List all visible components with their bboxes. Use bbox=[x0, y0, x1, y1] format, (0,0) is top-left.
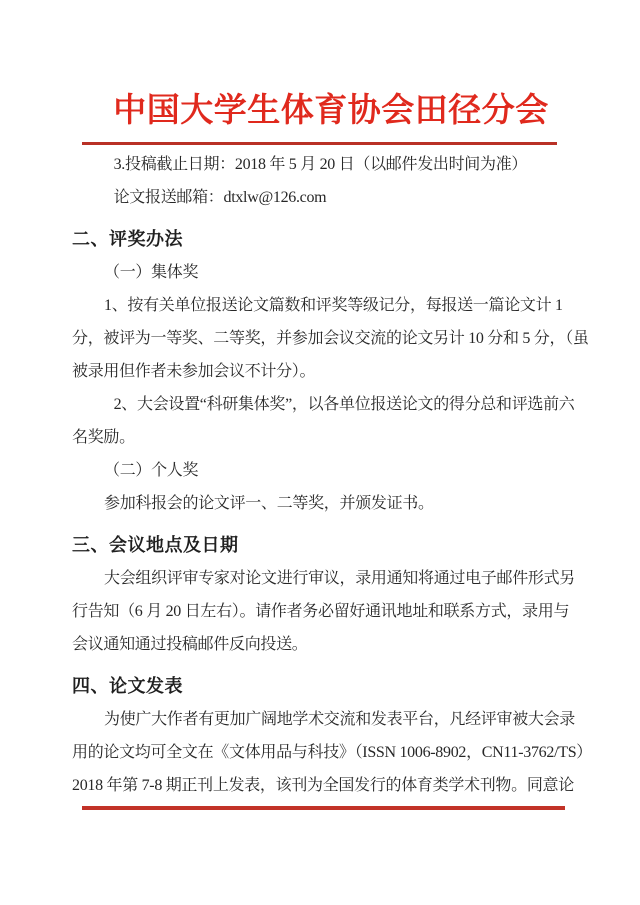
paragraph-line: 为使广大作者有更加广阔地学术交流和发表平台，凡经评审被大会录 bbox=[72, 703, 590, 736]
paragraph-line: 行告知（6 月 20 日左右）。请作者务必留好通讯地址和联系方式，录用与 bbox=[72, 595, 590, 628]
paragraph-line: 大会组织评审专家对论文进行审议，录用通知将通过电子邮件形式另 bbox=[72, 562, 590, 595]
document-page: 中国大学生体育协会田径分会 3.投稿截止日期：2018 年 5 月 20 日（以… bbox=[0, 0, 640, 905]
deadline-line: 3.投稿截止日期：2018 年 5 月 20 日（以邮件发出时间为准） bbox=[72, 148, 590, 181]
paragraph-line: 分，被评为一等奖、二等奖，并参加会议交流的论文另计 10 分和 5 分，（虽 bbox=[72, 322, 590, 355]
paragraph-line: 2018 年第 7-8 期正刊上发表，该刊为全国发行的体育类学术刊物。同意论 bbox=[72, 769, 590, 802]
email-label: 论文报送邮箱： bbox=[114, 189, 224, 206]
paragraph-line: 参加科报会的论文评一、二等奖，并颁发证书。 bbox=[72, 487, 590, 520]
email-address: dtxlw@126.com bbox=[224, 189, 327, 206]
paragraph-line: 会议通知通过投稿邮件反向投送。 bbox=[72, 628, 590, 661]
section-heading-publication: 四、论文发表 bbox=[72, 670, 590, 703]
section-heading-venue: 三、会议地点及日期 bbox=[72, 529, 590, 562]
footer-rule bbox=[82, 806, 565, 810]
letterhead-rule bbox=[82, 142, 557, 145]
subheading-collective-award: （一）集体奖 bbox=[72, 256, 590, 289]
letterhead-title: 中国大学生体育协会田径分会 bbox=[72, 88, 590, 134]
paragraph-line: 名奖励。 bbox=[72, 421, 590, 454]
paragraph-line: 被录用但作者未参加会议不计分）。 bbox=[72, 355, 590, 388]
section-heading-awards: 二、评奖办法 bbox=[72, 223, 590, 256]
paragraph-line: 2、大会设置“科研集体奖”，以各单位报送论文的得分总和评选前六 bbox=[72, 388, 590, 421]
email-line: 论文报送邮箱：dtxlw@126.com bbox=[72, 181, 590, 214]
document-text: 3.投稿截止日期：2018 年 5 月 20 日（以邮件发出时间为准） 论文报送… bbox=[72, 148, 590, 802]
paragraph-line: 用的论文均可全文在《文体用品与科技》（ISSN 1006-8902，CN11-3… bbox=[72, 736, 590, 769]
subheading-individual-award: （二）个人奖 bbox=[72, 454, 590, 487]
paragraph-line: 1、按有关单位报送论文篇数和评奖等级记分，每报送一篇论文计 1 bbox=[72, 289, 590, 322]
document-content: 中国大学生体育协会田径分会 3.投稿截止日期：2018 年 5 月 20 日（以… bbox=[0, 0, 640, 810]
